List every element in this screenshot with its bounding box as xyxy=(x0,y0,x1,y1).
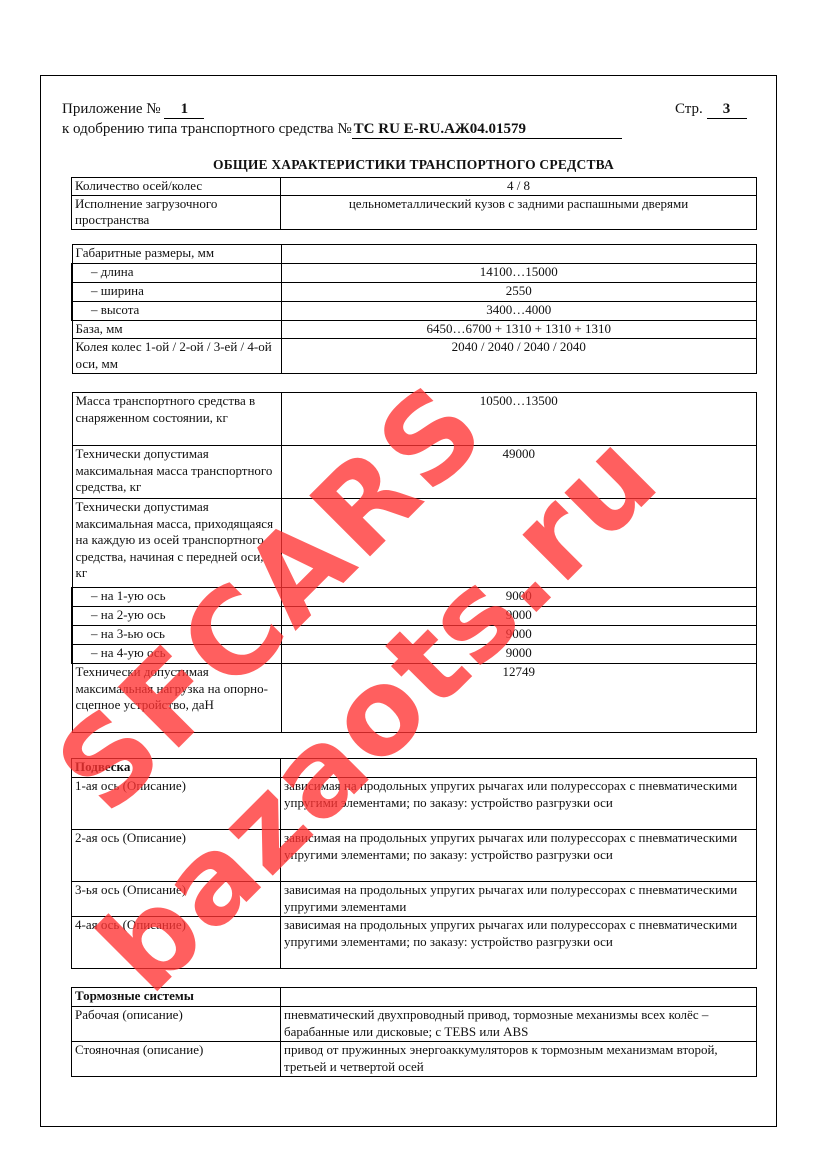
table-row: Колея колес 1-ой / 2-ой / 3-ей / 4-ой ос… xyxy=(72,339,757,374)
table-row: – ширина 2550 xyxy=(72,283,757,302)
row-value xyxy=(281,499,757,588)
row-key: – ширина xyxy=(72,283,281,302)
table-row: Количество осей/колес 4 / 8 xyxy=(72,178,757,196)
appendix-label: Приложение № xyxy=(62,101,161,117)
mass-table: Масса транспортного средства в снаряженн… xyxy=(71,392,757,733)
page-label: Стр. xyxy=(675,101,703,117)
row-value: 3400…4000 xyxy=(281,302,757,321)
row-key: Технически допустимая максимальная масса… xyxy=(72,446,281,499)
row-key: – высота xyxy=(72,302,281,321)
row-value: 12749 xyxy=(281,664,757,733)
section-heading: Подвеска xyxy=(72,759,281,778)
row-value: 49000 xyxy=(281,446,757,499)
table-row: 3-ья ось (Описание) зависимая на продоль… xyxy=(72,882,757,917)
row-key: Стояночная (описание) xyxy=(72,1042,281,1077)
row-value: 4 / 8 xyxy=(281,178,757,196)
table-row: Подвеска xyxy=(72,759,757,778)
table-row: – на 2-ую ось 9000 xyxy=(72,607,757,626)
row-key: База, мм xyxy=(72,321,281,339)
table-row: Технически допустимая максимальная нагру… xyxy=(72,664,757,733)
row-value: цельнометаллический кузов с задними расп… xyxy=(281,195,757,229)
approval-line: к одобрению типа транспортного средства … xyxy=(62,121,622,139)
row-value: 2550 xyxy=(281,283,757,302)
document-title: ОБЩИЕ ХАРАКТЕРИСТИКИ ТРАНСПОРТНОГО СРЕДС… xyxy=(0,157,827,173)
row-key: Колея колес 1-ой / 2-ой / 3-ей / 4-ой ос… xyxy=(72,339,281,374)
row-key: – на 4-ую ось xyxy=(72,645,281,664)
table-row: – на 3-ью ось 9000 xyxy=(72,626,757,645)
row-value: 2040 / 2040 / 2040 / 2040 xyxy=(281,339,757,374)
row-value: 10500…13500 xyxy=(281,393,757,446)
suspension-table: Подвеска 1-ая ось (Описание) зависимая н… xyxy=(71,758,757,969)
row-value: зависимая на продольных упругих рычагах … xyxy=(281,882,757,917)
row-key: – длина xyxy=(72,264,281,283)
brakes-table: Тормозные системы Рабочая (описание) пне… xyxy=(71,987,757,1077)
row-value: 14100…15000 xyxy=(281,264,757,283)
table-row: Тормозные системы xyxy=(72,988,757,1007)
row-value: 9000 xyxy=(281,645,757,664)
row-key: Исполнение загрузочного пространства xyxy=(72,195,281,229)
row-value: 9000 xyxy=(281,607,757,626)
table-row: – высота 3400…4000 xyxy=(72,302,757,321)
page-number: 3 xyxy=(707,101,747,119)
table-row: – на 1-ую ось 9000 xyxy=(72,588,757,607)
row-value: пневматический двухпроводный привод, тор… xyxy=(281,1007,757,1042)
row-key: – на 3-ью ось xyxy=(72,626,281,645)
row-key: 1-ая ось (Описание) xyxy=(72,778,281,830)
row-value: 9000 xyxy=(281,588,757,607)
row-value xyxy=(281,759,757,778)
row-key: Масса транспортного средства в снаряженн… xyxy=(72,393,281,446)
row-key: 2-ая ось (Описание) xyxy=(72,830,281,882)
row-value: 6450…6700 + 1310 + 1310 + 1310 xyxy=(281,321,757,339)
row-key: – на 2-ую ось xyxy=(72,607,281,626)
table-row: 4-ая ось (Описание) зависимая на продоль… xyxy=(72,917,757,969)
row-key: – на 1-ую ось xyxy=(72,588,281,607)
appendix-line: Приложение № 1 xyxy=(62,101,204,119)
row-key: Количество осей/колес xyxy=(72,178,281,196)
appendix-number: 1 xyxy=(164,101,204,119)
row-value: 9000 xyxy=(281,626,757,645)
approval-number: ТС RU E-RU.АЖ04.01579 xyxy=(352,121,622,139)
table-row: Рабочая (описание) пневматический двухпр… xyxy=(72,1007,757,1042)
row-key: 3-ья ось (Описание) xyxy=(72,882,281,917)
row-value: зависимая на продольных упругих рычагах … xyxy=(281,830,757,882)
page-reference: Стр. 3 xyxy=(675,101,747,119)
row-key: 4-ая ось (Описание) xyxy=(72,917,281,969)
row-value: привод от пружинных энергоаккумуляторов … xyxy=(281,1042,757,1077)
row-value: зависимая на продольных упругих рычагах … xyxy=(281,917,757,969)
row-value xyxy=(281,245,757,264)
row-value: зависимая на продольных упругих рычагах … xyxy=(281,778,757,830)
row-key: Технически допустимая максимальная нагру… xyxy=(72,664,281,733)
table-row: Стояночная (описание) привод от пружинны… xyxy=(72,1042,757,1077)
general-table: Количество осей/колес 4 / 8 Исполнение з… xyxy=(71,177,757,230)
table-row: База, мм 6450…6700 + 1310 + 1310 + 1310 xyxy=(72,321,757,339)
table-row: 1-ая ось (Описание) зависимая на продоль… xyxy=(72,778,757,830)
table-row: Масса транспортного средства в снаряженн… xyxy=(72,393,757,446)
row-value xyxy=(281,988,757,1007)
table-row: Исполнение загрузочного пространства цел… xyxy=(72,195,757,229)
table-row: Технически допустимая максимальная масса… xyxy=(72,446,757,499)
table-row: – на 4-ую ось 9000 xyxy=(72,645,757,664)
row-key: Технически допустимая максимальная масса… xyxy=(72,499,281,588)
section-heading: Тормозные системы xyxy=(72,988,281,1007)
table-row: – длина 14100…15000 xyxy=(72,264,757,283)
row-key: Габаритные размеры, мм xyxy=(72,245,281,264)
table-row: Габаритные размеры, мм xyxy=(72,245,757,264)
approval-label: к одобрению типа транспортного средства … xyxy=(62,121,352,137)
dimensions-table: Габаритные размеры, мм – длина 14100…150… xyxy=(71,244,757,374)
row-key: Рабочая (описание) xyxy=(72,1007,281,1042)
table-row: Технически допустимая максимальная масса… xyxy=(72,499,757,588)
table-row: 2-ая ось (Описание) зависимая на продоль… xyxy=(72,830,757,882)
